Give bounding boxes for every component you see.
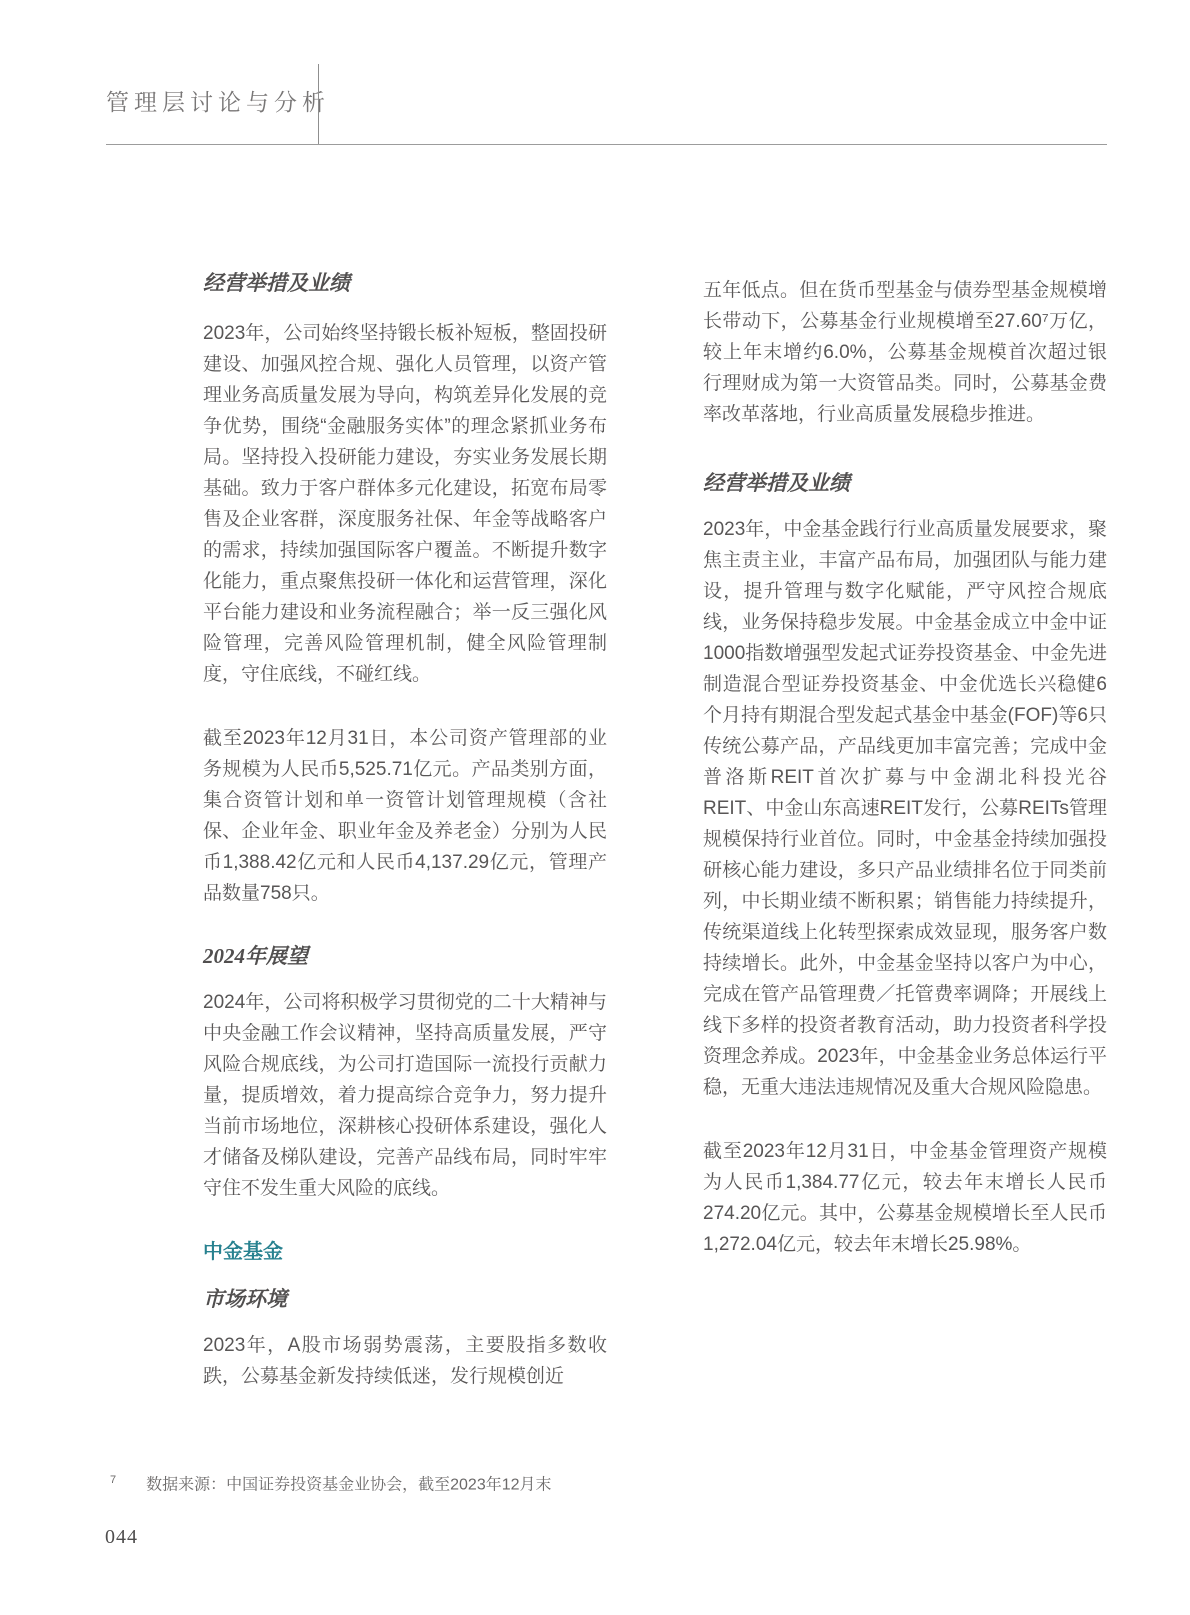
- paragraph-fund-aum: 截至2023年12月31日，中金基金管理资产规模为人民币1,384.77亿元，较…: [703, 1136, 1107, 1260]
- header-horizontal-rule: [106, 144, 1107, 145]
- section-heading-operations: 经营举措及业绩: [203, 268, 607, 298]
- section-heading-fund-operations: 经营举措及业绩: [703, 468, 1107, 498]
- paragraph-aum-scale: 截至2023年12月31日，本公司资产管理部的业务规模为人民币5,525.71亿…: [203, 723, 607, 909]
- report-page: 管理层讨论与分析 经营举措及业绩 2023年，公司始终坚持锻长板补短板，整固投研…: [0, 0, 1190, 1615]
- paragraph-fund-operations: 2023年，中金基金践行行业高质量发展要求，聚焦主责主业，丰富产品布局，加强团队…: [703, 514, 1107, 1103]
- right-column: 五年低点。但在货币型基金与债券型基金规模增长带动下，公募基金行业规模增至27.6…: [703, 275, 1107, 1260]
- header-vertical-rule: [318, 64, 319, 144]
- paragraph-market-environment-continued: 五年低点。但在货币型基金与债券型基金规模增长带动下，公募基金行业规模增至27.6…: [703, 275, 1107, 430]
- footnote-marker: 7: [110, 1468, 116, 1492]
- footnote: 7数据来源：中国证券投资基金业协会，截至2023年12月末: [110, 1468, 552, 1497]
- section-heading-cicc-fund: 中金基金: [203, 1238, 607, 1266]
- section-heading-market-environment: 市场环境: [203, 1284, 607, 1314]
- paragraph-outlook-2024: 2024年，公司将积极学习贯彻党的二十大精神与中央金融工作会议精神，坚持高质量发…: [203, 987, 607, 1204]
- paragraph-operations: 2023年，公司始终坚持锻长板补短板，整固投研建设、加强风控合规、强化人员管理，…: [203, 318, 607, 690]
- chapter-title: 管理层讨论与分析: [106, 84, 330, 117]
- footnote-text: 数据来源：中国证券投资基金业协会，截至2023年12月末: [146, 1476, 551, 1493]
- page-number: 044: [105, 1526, 138, 1549]
- section-heading-outlook-2024: 2024年展望: [203, 941, 607, 971]
- left-column: 经营举措及业绩 2023年，公司始终坚持锻长板补短板，整固投研建设、加强风控合规…: [203, 256, 607, 1392]
- paragraph-market-environment: 2023年，A股市场弱势震荡，主要股指多数收跌，公募基金新发持续低迷，发行规模创…: [203, 1330, 607, 1392]
